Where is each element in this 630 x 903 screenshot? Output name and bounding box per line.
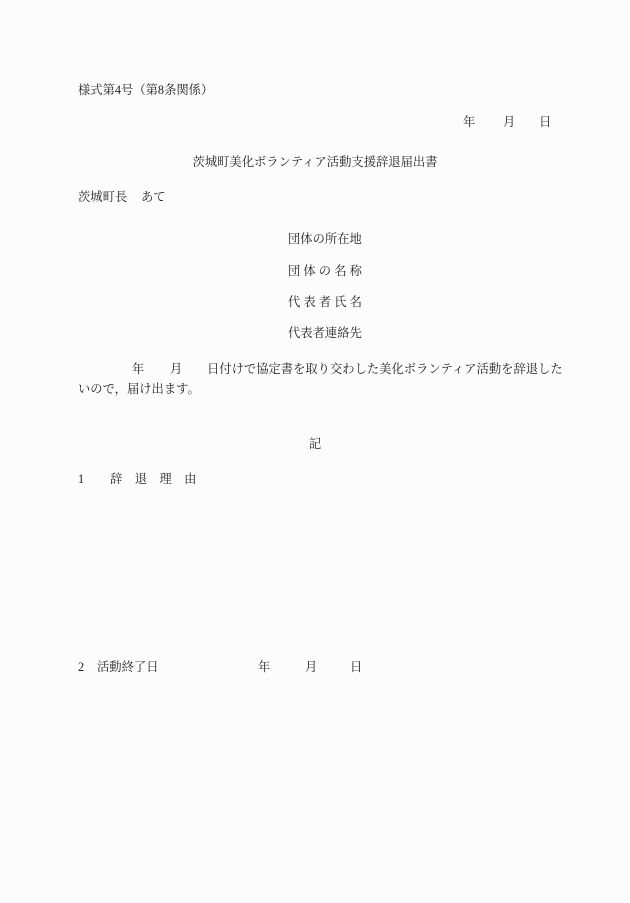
body-line2-text: いので，届け出ます。 [78, 382, 200, 396]
field-label-representative-name: 代表者氏名 [288, 295, 365, 309]
body-line1-text: 日付けで協定書を取り交わした美化ボランティア活動を辞退した [207, 362, 563, 376]
document-title: 茨城町美化ボランティア活動支援辞退届出書 [0, 155, 630, 169]
form-number: 様式第4号（第8条関係） [78, 83, 213, 97]
item2-label: 活動終了日 [97, 660, 159, 674]
body-date-year-label: 年 [132, 362, 144, 376]
field-label-representative-contact: 代表者連絡先 [288, 326, 362, 340]
field-label-group-name: 団体の名称 [288, 264, 365, 278]
item2-number: 2 [78, 660, 84, 674]
document-page: 様式第4号（第8条関係） 年 月 日 茨城町美化ボランティア活動支援辞退届出書 … [0, 0, 630, 903]
header-date-month-label: 月 [503, 115, 515, 129]
item1-label: 辞退理由 [110, 472, 209, 486]
item2-date-year-label: 年 [258, 660, 270, 674]
addressee-suffix: あて [141, 190, 166, 204]
section-marker: 記 [0, 437, 630, 451]
header-date-year-label: 年 [463, 115, 475, 129]
item1-number: 1 [78, 472, 84, 486]
addressee-name: 茨城町長 [78, 190, 127, 204]
body-date-month-label: 月 [170, 362, 182, 376]
header-date-day-label: 日 [539, 115, 551, 129]
item2-date-day-label: 日 [350, 660, 362, 674]
field-label-group-address: 団体の所在地 [288, 232, 362, 246]
item2-date-month-label: 月 [305, 660, 317, 674]
